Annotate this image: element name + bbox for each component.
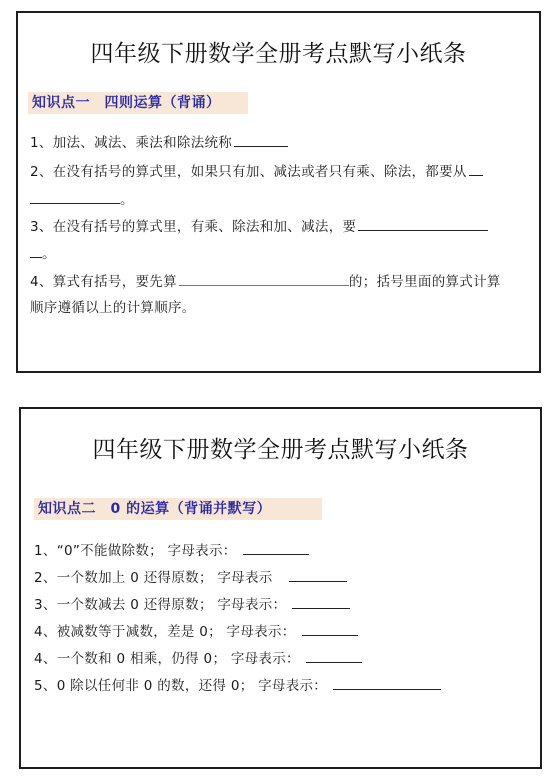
question-line: 1、“0”不能做除数； 字母表示：	[34, 539, 309, 559]
question-text: 3、在没有括号的算式里，有乘、除法和加、减法，要	[30, 219, 356, 235]
question-text: 1、加法、减法、乘法和除法统称	[30, 135, 232, 151]
question-text: 。	[120, 192, 134, 208]
answer-blank[interactable]	[234, 145, 288, 147]
note-card-2: 四年级下册数学全册考点默写小纸条 知识点二 0 的运算（背诵并默写） 1、“0”…	[19, 407, 542, 769]
question-text: 5、0 除以任何非 0 的数，还得 0； 字母表示：	[34, 678, 327, 694]
question-line: 3、在没有括号的算式里，有乘、除法和加、减法，要	[30, 215, 488, 235]
question-line: 2、一个数加上 0 还得原数； 字母表示	[34, 566, 347, 586]
question-line: 5、0 除以任何非 0 的数，还得 0； 字母表示：	[34, 674, 441, 694]
question-line-continued: 顺序遵循以上的计算顺序。	[30, 296, 196, 316]
answer-blank[interactable]	[358, 229, 488, 231]
question-text: 2、在没有括号的算式里，如果只有加、减法或者只有乘、除法，都要从	[30, 164, 467, 180]
question-line: 3、一个数减去 0 还得原数； 字母表示：	[34, 593, 350, 613]
question-line: 4、算式有括号，要先算的；括号里面的算式计算	[30, 270, 501, 290]
answer-blank[interactable]	[302, 634, 358, 636]
section-heading: 知识点二 0 的运算（背诵并默写）	[34, 498, 322, 520]
question-line-continued: 。	[30, 188, 134, 208]
answer-blank[interactable]	[333, 688, 441, 690]
question-text-after: 的；括号里面的算式计算	[349, 274, 501, 290]
question-line: 4、被减数等于减数，差是 0； 字母表示：	[34, 620, 358, 640]
question-line: 1、加法、减法、乘法和除法统称	[30, 131, 288, 151]
answer-blank[interactable]	[179, 284, 349, 286]
question-text: 4、被减数等于减数，差是 0； 字母表示：	[34, 624, 296, 640]
question-text: 2、一个数加上 0 还得原数； 字母表示	[34, 570, 273, 586]
answer-blank[interactable]	[292, 607, 350, 609]
question-text: 1、“0”不能做除数； 字母表示：	[34, 543, 237, 559]
section-heading: 知识点一 四则运算（背诵）	[28, 92, 248, 114]
question-line-continued: 。	[30, 242, 56, 262]
question-text: 。	[42, 246, 56, 262]
note-card-1: 四年级下册数学全册考点默写小纸条 知识点一 四则运算（背诵） 1、加法、减法、乘…	[16, 11, 541, 373]
question-line: 4、一个数和 0 相乘，仍得 0； 字母表示：	[34, 647, 362, 667]
answer-blank[interactable]	[30, 202, 120, 204]
question-line: 2、在没有括号的算式里，如果只有加、减法或者只有乘、除法，都要从	[30, 160, 483, 180]
question-text: 顺序遵循以上的计算顺序。	[30, 300, 196, 316]
card-title: 四年级下册数学全册考点默写小纸条	[21, 431, 540, 464]
answer-blank[interactable]	[243, 553, 309, 555]
answer-blank[interactable]	[289, 580, 347, 582]
question-text: 3、一个数减去 0 还得原数； 字母表示：	[34, 597, 286, 613]
question-text: 4、算式有括号，要先算	[30, 274, 177, 290]
answer-blank[interactable]	[30, 256, 42, 258]
answer-blank[interactable]	[469, 174, 483, 176]
answer-blank[interactable]	[306, 661, 362, 663]
question-text: 4、一个数和 0 相乘，仍得 0； 字母表示：	[34, 651, 300, 667]
card-title: 四年级下册数学全册考点默写小纸条	[18, 35, 539, 68]
